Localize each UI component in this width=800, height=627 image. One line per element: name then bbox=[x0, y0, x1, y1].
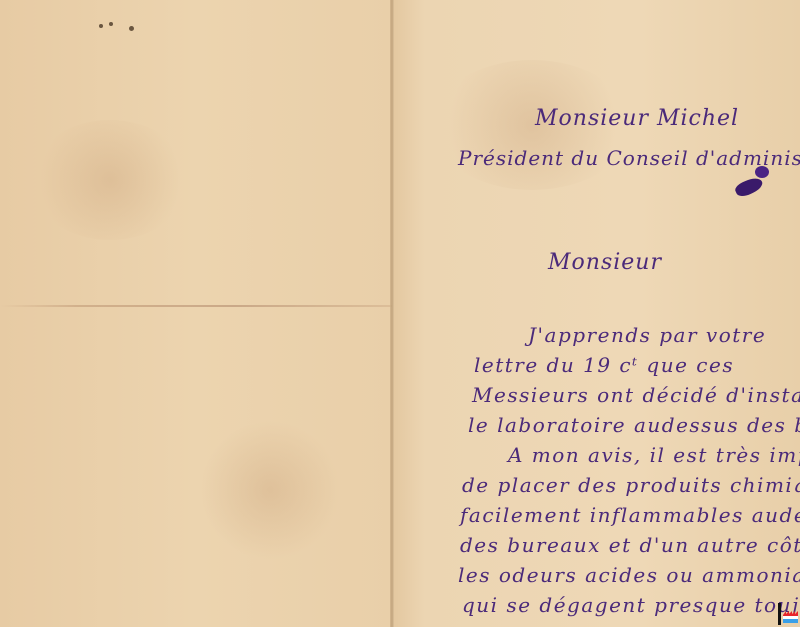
body-line-9: les odeurs acides ou ammoniacales bbox=[458, 563, 800, 587]
paper-stain bbox=[200, 420, 340, 560]
addressee-name: Monsieur Michel bbox=[535, 106, 739, 131]
body-line-10: qui se dégagent presque toujours bbox=[462, 593, 800, 617]
pinholes bbox=[95, 18, 145, 38]
paper-stain bbox=[30, 120, 190, 240]
factory-flag-icon bbox=[778, 603, 798, 623]
body-line-6: de placer des produits chimiques bbox=[462, 473, 800, 497]
center-fold bbox=[390, 0, 394, 627]
horizontal-fold bbox=[0, 305, 392, 307]
body-line-3: Messieurs ont décidé d'installer bbox=[472, 383, 800, 407]
body-line-7: facilement inflammables audessus bbox=[460, 503, 800, 527]
body-line-2: lettre du 19 cᵗ que ces bbox=[474, 353, 734, 377]
left-page-blank bbox=[0, 0, 392, 627]
letter-photo: Monsieur Michel Président du Conseil d'a… bbox=[0, 0, 800, 627]
ink-blot bbox=[755, 166, 769, 178]
salutation: Monsieur bbox=[548, 250, 662, 275]
body-line-1: J'apprends par votre bbox=[528, 323, 766, 347]
body-line-5: A mon avis, il est très imprudent bbox=[508, 443, 800, 467]
body-line-4: le laboratoire audessus des bureaux bbox=[468, 413, 800, 437]
addressee-title: Président du Conseil d'administration bbox=[458, 146, 800, 170]
body-line-8: des bureaux et d'un autre côté bbox=[460, 533, 800, 557]
